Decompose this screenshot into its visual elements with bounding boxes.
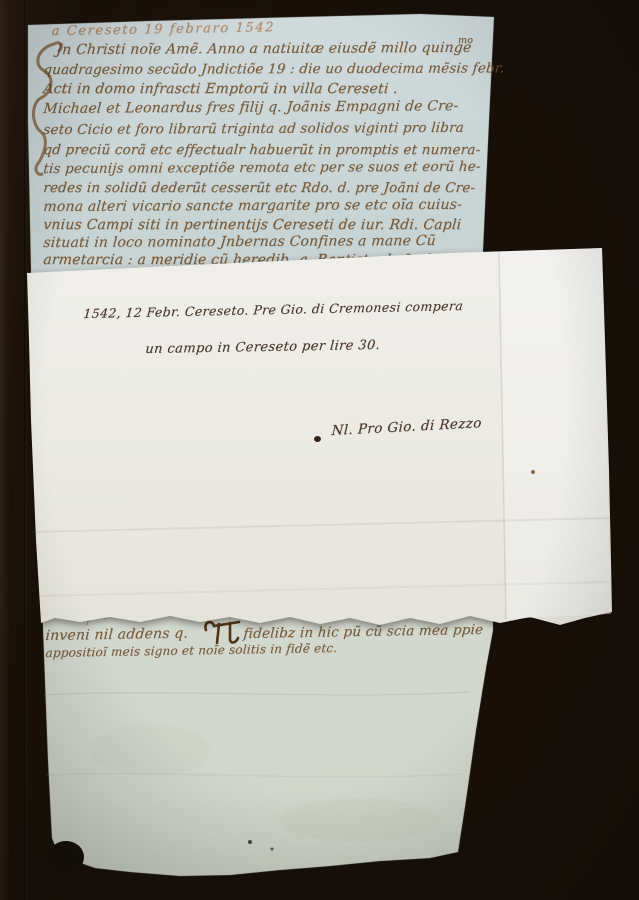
note-layer xyxy=(0,0,639,900)
photograph-of-notarial-deed: a Cereseto 19 febraro 1542 mo Jn Christi… xyxy=(0,0,639,900)
ink-blot xyxy=(314,436,321,442)
note-fold-highlight xyxy=(499,248,611,619)
note-speck xyxy=(531,470,535,474)
